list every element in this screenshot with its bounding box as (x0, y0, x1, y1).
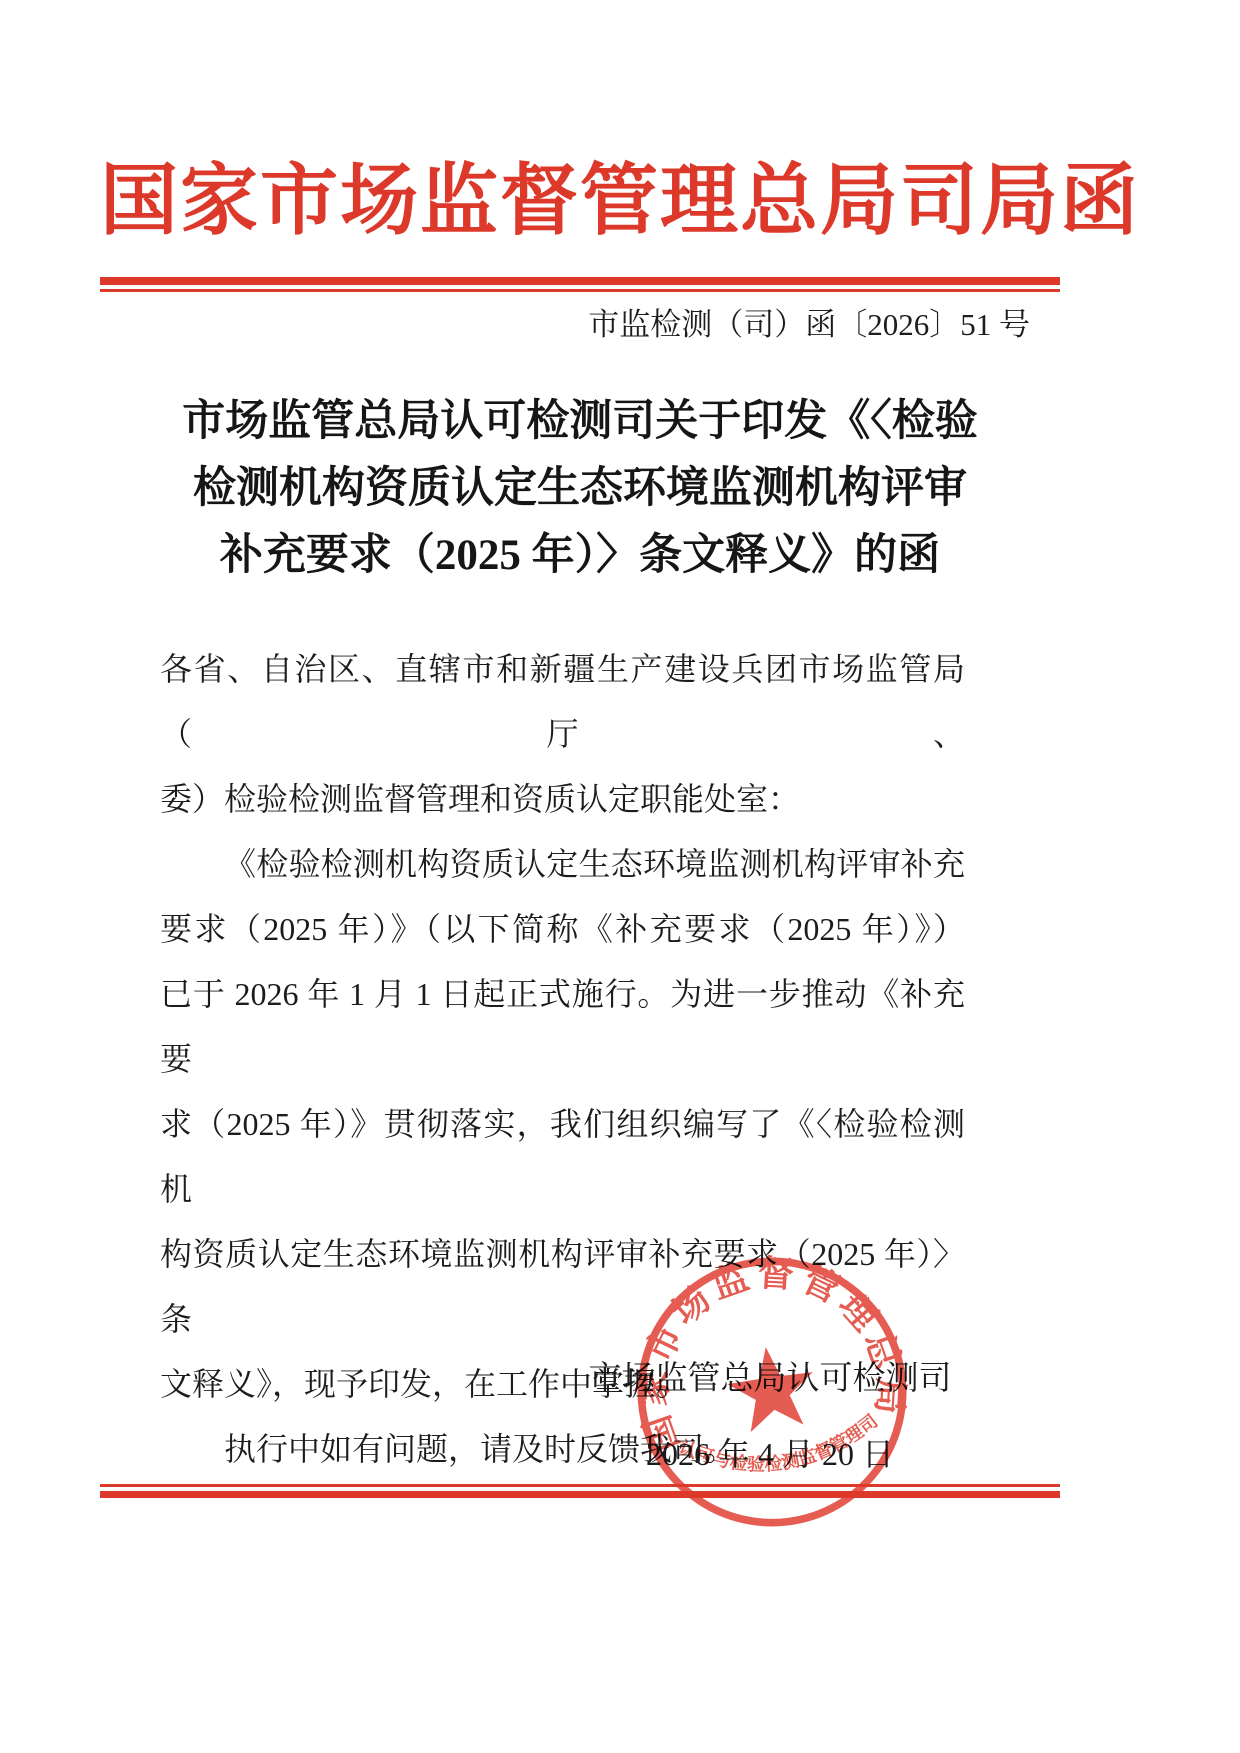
official-seal-stamp: 国家市场监督管理总局 认可与检验检测监督管理司 (612, 1232, 933, 1553)
paragraph-line: 求（2025 年）》贯彻落实，我们组织编写了《〈检验检测机 (160, 1092, 965, 1222)
red-divider-top (100, 277, 1060, 292)
seal-bottom-text: 认可与检验检测监督管理司 (674, 1409, 886, 1488)
document-title-line: 市场监管总局认可检测司关于印发《〈检验 (100, 388, 1060, 455)
document-title: 市场监管总局认可检测司关于印发《〈检验 检测机构资质认定生态环境监测机构评审 补… (100, 388, 1060, 589)
salutation-line: 各省、自治区、直辖市和新疆生产建设兵团市场监管局（厅、 (160, 637, 965, 767)
red-divider-top-thick (100, 277, 1060, 285)
red-divider-bottom-thin (100, 1484, 1060, 1487)
seal-star-icon (723, 1341, 820, 1434)
document-number: 市监检测（司）函〔2026〕51 号 (100, 308, 1060, 342)
document-title-line: 检测机构资质认定生态环境监测机构评审 (100, 455, 1060, 522)
paragraph-line: 已于 2026 年 1 月 1 日起正式施行。为进一步推动《补充要 (160, 962, 965, 1092)
letterhead-title: 国家市场监督管理总局司局函 (100, 0, 1060, 244)
paragraph-line: 《检验检测机构资质认定生态环境监测机构评审补充 (160, 832, 965, 897)
document-title-line: 补充要求（2025 年）〉条文释义》的函 (100, 522, 1060, 589)
paragraph-line: 要求（2025 年）》（以下简称《补充要求（2025 年）》） (160, 897, 965, 962)
salutation-line: 委）检验检测监督管理和资质认定职能处室： (160, 767, 965, 832)
red-divider-top-thin (100, 289, 1060, 292)
document-page: 国家市场监督管理总局司局函 市监检测（司）函〔2026〕51 号 市场监管总局认… (0, 0, 1240, 1753)
red-divider-bottom (100, 1484, 1060, 1498)
red-divider-bottom-thick (100, 1491, 1060, 1498)
